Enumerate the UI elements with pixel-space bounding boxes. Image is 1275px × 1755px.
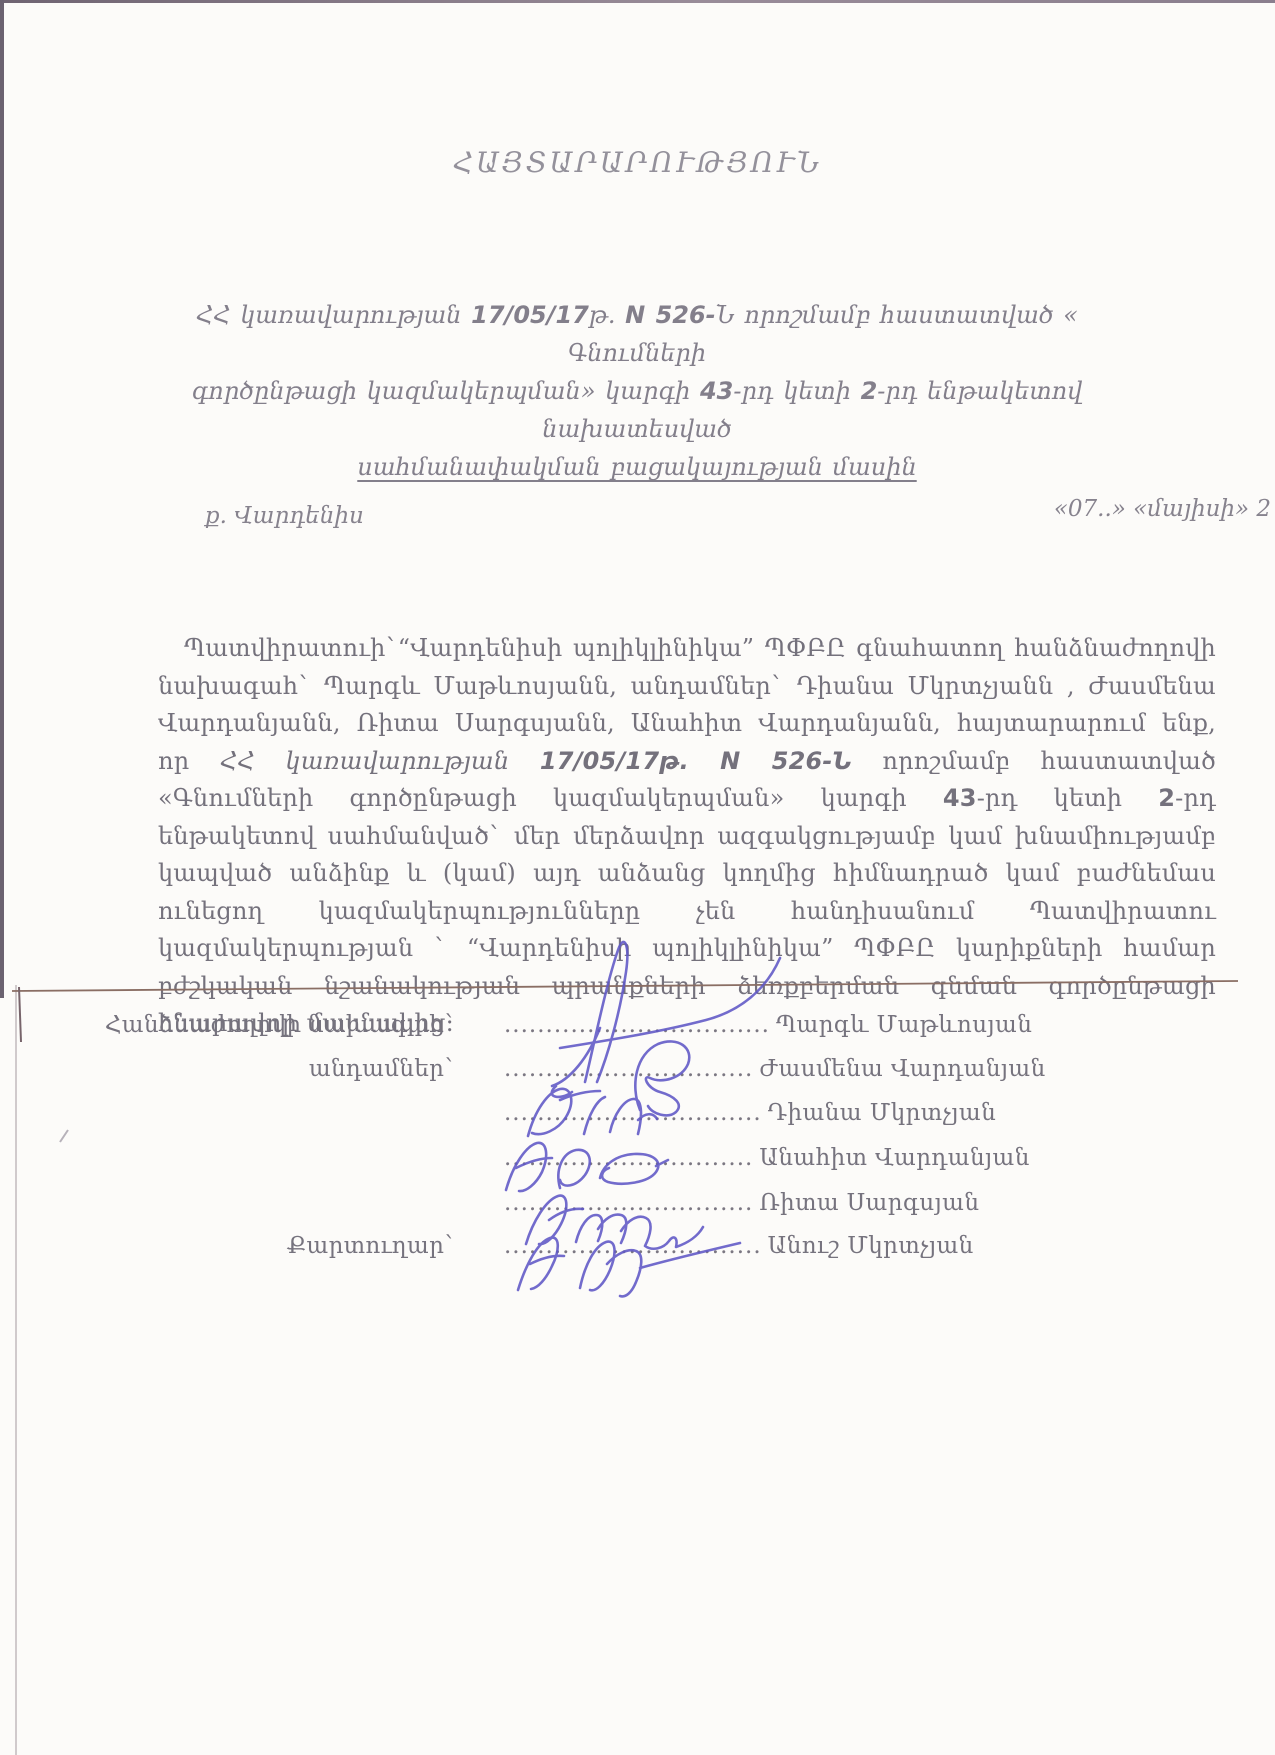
text-segment: -րդ կետի <box>977 784 1159 812</box>
dotted-line: ................................ <box>504 1012 770 1038</box>
dotted-line: .............................. <box>504 1190 753 1216</box>
text-segment: ՀՀ կառավարության <box>220 747 540 775</box>
signatory-name: Դիանա Մկրտչյան <box>768 1100 997 1126</box>
scan-top-edge <box>0 0 1275 3</box>
scanned-document-page: ՀԱՅՏԱՐԱՐՈՒԹՅՈՒՆ ՀՀ կառավարության 17/05/1… <box>0 0 1275 1755</box>
signature-role-label: Քարտուղար` <box>0 1233 456 1259</box>
signature-line: ...............................Անուշ Մկր… <box>504 1233 974 1259</box>
signature-row-secretary: Քարտուղար` .............................… <box>0 1233 1275 1275</box>
text-segment: -րդ կետի <box>733 377 860 405</box>
text-segment: 43 <box>700 377 733 405</box>
signature-line: ...............................Դիանա Մկր… <box>504 1100 996 1126</box>
place-label: ք. Վարդենիս <box>205 503 364 529</box>
dotted-line: ............................... <box>504 1233 762 1259</box>
text-segment: 17/05/17 <box>471 301 589 329</box>
signature-role-label: Հանձնաժողովի նախագահ` <box>0 1012 456 1038</box>
heading-line-2: գործընթացի կազմակերպման» կարգի 43-րդ կետ… <box>137 372 1137 448</box>
body-paragraph: Պատվիրատուի`“Վարդենիսի պոլիկլինիկա” ՊՓԲԸ… <box>158 630 1216 1043</box>
dotted-line: ............................... <box>504 1100 762 1126</box>
text-segment: սահմանափակման բացակայության մասին <box>357 453 916 481</box>
heading-line-3-underlined: սահմանափակման բացակայության մասին <box>137 448 1137 486</box>
text-segment: 43 <box>943 784 977 812</box>
document-heading: ՀՀ կառավարության 17/05/17թ. N 526-Ն որոշ… <box>137 296 1137 486</box>
signature-line: ..............................Ժասմենա Վա… <box>504 1056 1046 1082</box>
date-label: «07..» «մայիսի» 2 <box>1054 496 1271 522</box>
signature-row-member-4: ..............................Ռիտա Սարգս… <box>0 1190 1275 1232</box>
text-segment: Ն <box>716 301 735 329</box>
signature-role-label: անդամներ` <box>0 1056 456 1082</box>
signature-line: ..............................Անահիտ Վար… <box>504 1145 1030 1171</box>
text-segment: թ. <box>589 301 625 329</box>
signatory-name: Անահիտ Վարդանյան <box>759 1145 1029 1171</box>
text-segment: 17/05/17թ. N 526-Ն <box>540 747 852 775</box>
document-title: ՀԱՅՏԱՐԱՐՈՒԹՅՈՒՆ <box>0 146 1275 179</box>
signatory-name: Անուշ Մկրտչյան <box>768 1233 974 1259</box>
signature-row-chairman: Հանձնաժողովի նախագահ` ..................… <box>0 1012 1275 1054</box>
text-segment: գործընթացի կազմակերպման» կարգի <box>192 377 700 405</box>
dotted-line: .............................. <box>504 1145 753 1171</box>
signature-row-member-2: ...............................Դիանա Մկր… <box>0 1100 1275 1142</box>
signature-row-member-3: ..............................Անահիտ Վար… <box>0 1145 1275 1187</box>
signature-line: ................................Պարգև Մա… <box>504 1012 1032 1038</box>
dotted-line: .............................. <box>504 1056 753 1082</box>
signatory-name: Պարգև Մաթևոսյան <box>776 1012 1032 1038</box>
signatory-name: Ժասմենա Վարդանյան <box>759 1056 1045 1082</box>
text-segment: ՀՀ կառավարության <box>196 301 471 329</box>
text-segment: N 526- <box>625 301 716 329</box>
text-segment: 2 <box>1158 784 1175 812</box>
signature-row-member-1: անդամներ` ..............................… <box>0 1056 1275 1098</box>
signature-line: ..............................Ռիտա Սարգս… <box>504 1190 979 1216</box>
heading-line-1: ՀՀ կառավարության 17/05/17թ. N 526-Ն որոշ… <box>137 296 1137 372</box>
text-segment: 2 <box>861 377 878 405</box>
text-segment: -րդ ենթակետով սահմանված` մեր մերձավոր ազ… <box>158 784 1216 1037</box>
signatory-name: Ռիտա Սարգսյան <box>759 1190 979 1216</box>
